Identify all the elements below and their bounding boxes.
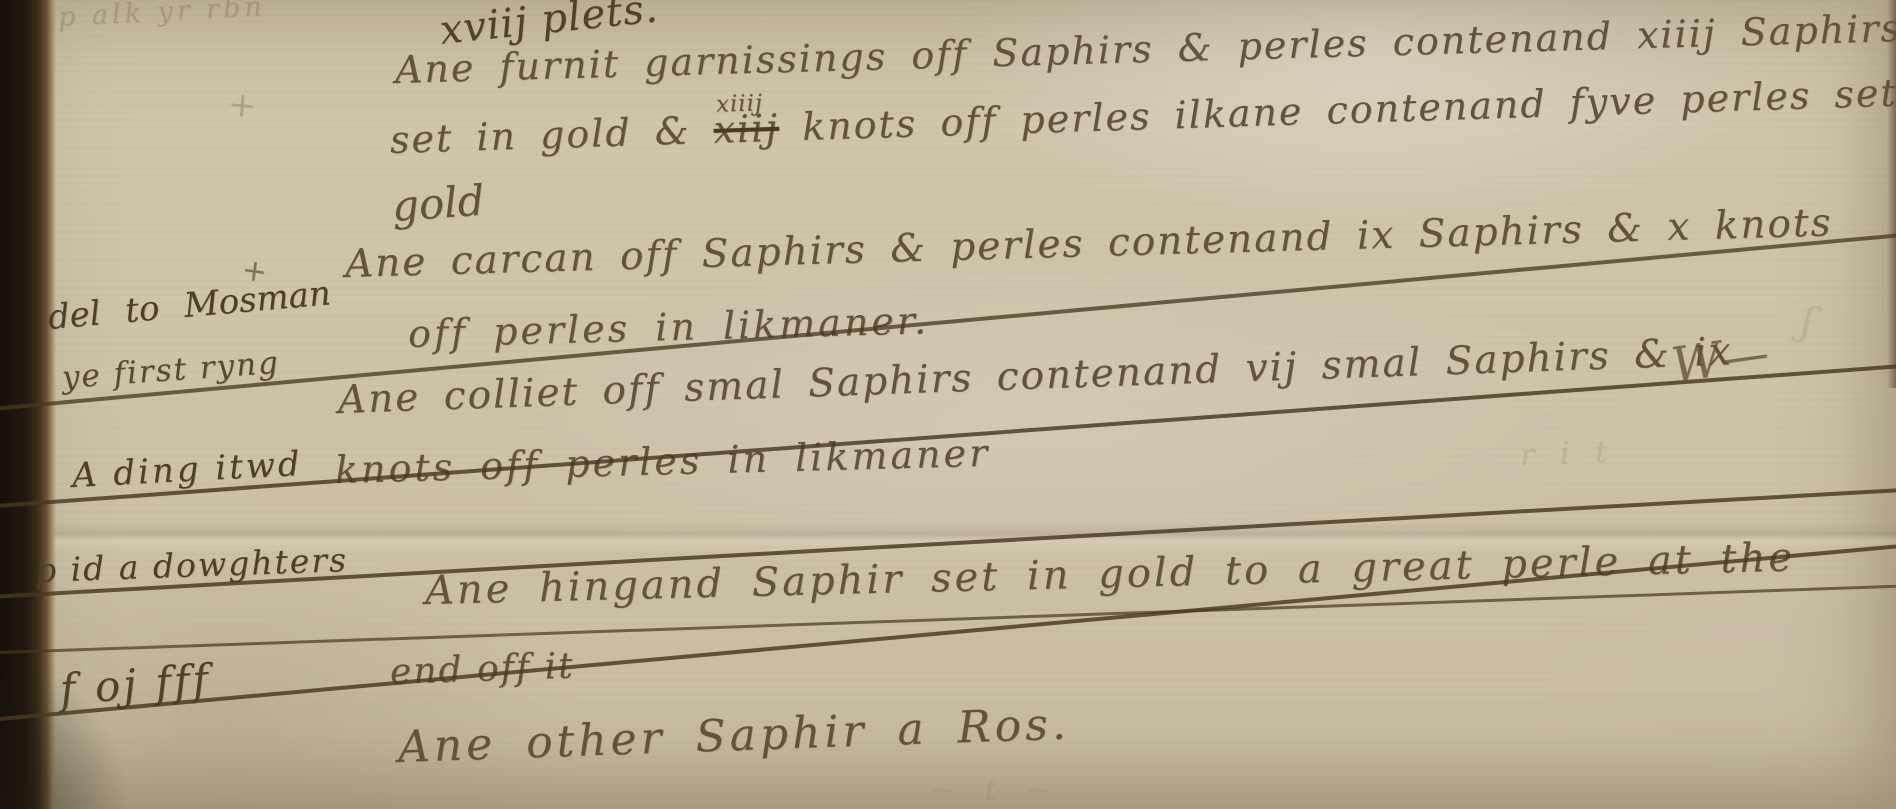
page-edge (1887, 0, 1896, 388)
line2-pre: set in gold & (389, 109, 691, 162)
margin-cross-mark-top: + (226, 84, 258, 126)
superscript-correction: xiiij (716, 90, 764, 117)
entry-garnissing-line3: gold (390, 176, 486, 231)
corrected-numeral: xiiijxiij (713, 106, 780, 152)
show-through-marks-bottom: ~ t ~ (930, 772, 1061, 807)
show-through-marks-mid: r i t (1519, 435, 1615, 473)
manuscript-photo: p alk yr rbn xviij plets. Ane furnit gar… (0, 0, 1896, 809)
